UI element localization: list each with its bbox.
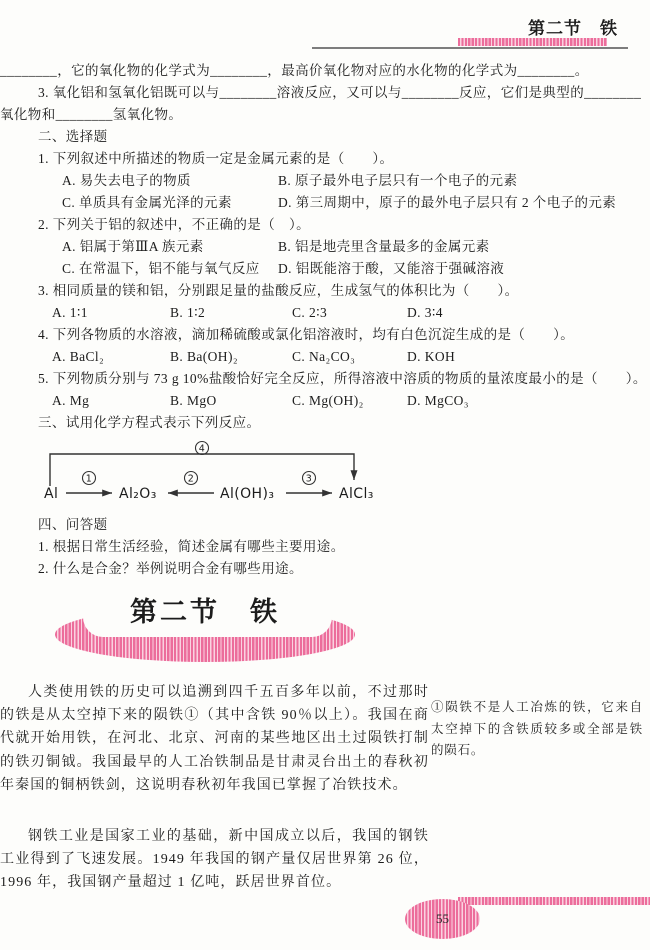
question-2-options-row: C. 在常温下，铝不能与氧气反应 D. 铝既能溶于酸，又能溶于强碱溶液 <box>0 258 650 280</box>
option-c: C. Na₂CO₃ <box>292 346 355 368</box>
option-a: A. 1∶1 <box>52 302 88 324</box>
fill-blank-line: 氧化物和________氢氧化物。 <box>0 104 650 126</box>
question-3-options-row: A. 1∶1 B. 1∶2 C. 2∶3 D. 3∶4 <box>0 302 650 324</box>
option-d: D. 3∶4 <box>407 302 443 324</box>
choice-section-heading: 二、选择题 <box>0 126 650 148</box>
step-1-number: 1 <box>86 474 92 485</box>
fill-blank-line: 3. 氧化铝和氢氧化铝既可以与________溶液反应，又可以与________… <box>0 82 650 104</box>
paragraph-iron-history: 人类使用铁的历史可以追溯到四千五百多年以前，不过那时的铁是从太空掉下来的陨铁①（… <box>0 681 429 797</box>
option-c: C. 在常温下，铝不能与氧气反应 <box>62 258 260 280</box>
question-5-options-row: A. Mg B. MgO C. Mg(OH)₂ D. MgCO₃ <box>0 390 650 412</box>
qa-section-heading: 四、问答题 <box>0 514 650 536</box>
option-c: C. 2∶3 <box>292 302 327 324</box>
option-a: A. BaCl₂ <box>52 346 104 368</box>
option-a: A. 易失去电子的物质 <box>62 170 191 192</box>
header-rule <box>312 47 628 49</box>
equation-section-heading: 三、试用化学方程式表示下列反应。 <box>0 412 650 434</box>
option-d: D. 铝既能溶于酸，又能溶于强碱溶液 <box>278 258 504 280</box>
species-al: Al <box>44 486 58 502</box>
option-d: D. 第三周期中，原子的最外电子层只有 2 个电子的元素 <box>278 192 616 214</box>
paragraph-steel-industry: 钢铁工业是国家工业的基础，新中国成立以后，我国的钢铁工业得到了飞速发展。1949… <box>0 825 429 895</box>
question-stem-4: 4. 下列各物质的水溶液，滴加稀硫酸或氯化铝溶液时，均有白色沉淀生成的是（ ）。 <box>0 324 650 346</box>
option-d: D. MgCO₃ <box>407 390 469 412</box>
qa-item-2: 2. 什么是合金？举例说明合金有哪些用途。 <box>0 558 650 580</box>
running-header-title: 第二节 铁 <box>528 14 628 39</box>
question-stem-5: 5. 下列物质分别与 73 g 10%盐酸恰好完全反应，所得溶液中溶质的物质的量… <box>0 368 650 390</box>
question-stem-2: 2. 下列关于铝的叙述中，不正确的是（ ）。 <box>0 214 650 236</box>
option-b: B. 原子最外电子层只有一个电子的元素 <box>278 170 517 192</box>
page-number-ellipse: 55 <box>405 899 480 939</box>
question-1-options-row: A. 易失去电子的物质 B. 原子最外电子层只有一个电子的元素 <box>0 170 650 192</box>
footer-accent-bar <box>458 897 650 905</box>
option-c: C. Mg(OH)₂ <box>292 390 364 412</box>
qa-item-1: 1. 根据日常生活经验，简述金属有哪些主要用途。 <box>0 536 650 558</box>
textbook-page: 第二节 铁 ________，它的氧化物的化学式为________，最高价氧化物… <box>0 0 650 950</box>
step-4-number: 4 <box>199 444 205 455</box>
exercises-block: ________，它的氧化物的化学式为________，最高价氧化物对应的水化物… <box>0 60 650 580</box>
option-a: A. Mg <box>52 390 89 412</box>
question-2-options-row: A. 铝属于第ⅢA 族元素 B. 铝是地壳里含量最多的金属元素 <box>0 236 650 258</box>
option-d: D. KOH <box>407 346 455 368</box>
option-a: A. 铝属于第ⅢA 族元素 <box>62 236 204 258</box>
option-b: B. 铝是地壳里含量最多的金属元素 <box>278 236 490 258</box>
question-1-options-row: C. 单质具有金属光泽的元素 D. 第三周期中，原子的最外电子层只有 2 个电子… <box>0 192 650 214</box>
option-b: B. Ba(OH)₂ <box>170 346 238 368</box>
question-4-options-row: A. BaCl₂ B. Ba(OH)₂ C. Na₂CO₃ D. KOH <box>0 346 650 368</box>
species-alcl3: AlCl₃ <box>339 486 374 502</box>
question-stem-3: 3. 相同质量的镁和铝，分别跟足量的盐酸反应，生成氢气的体积比为（ ）。 <box>0 280 650 302</box>
question-stem-1: 1. 下列叙述中所描述的物质一定是金属元素的是（ ）。 <box>0 148 650 170</box>
option-c: C. 单质具有金属光泽的元素 <box>62 192 232 214</box>
fill-blank-line: ________，它的氧化物的化学式为________，最高价氧化物对应的水化物… <box>0 60 650 82</box>
species-aloh3: Al(OH)₃ <box>220 486 274 502</box>
header-accent-bar <box>458 38 607 46</box>
option-b: B. MgO <box>170 390 217 412</box>
section-title: 第二节 铁 <box>0 590 410 629</box>
aluminum-conversion-diagram: 4 Al 1 Al₂O₃ 2 Al(OH)₃ 3 AlCl₃ <box>36 436 381 508</box>
step-2-number: 2 <box>188 474 194 485</box>
page-number: 55 <box>436 911 449 926</box>
species-al2o3: Al₂O₃ <box>119 486 157 502</box>
step-3-number: 3 <box>306 474 312 485</box>
margin-footnote: ①陨铁不是人工冶炼的铁，它来自太空掉下的含铁质较多或全部是铁的陨石。 <box>431 697 643 762</box>
option-b: B. 1∶2 <box>170 302 205 324</box>
